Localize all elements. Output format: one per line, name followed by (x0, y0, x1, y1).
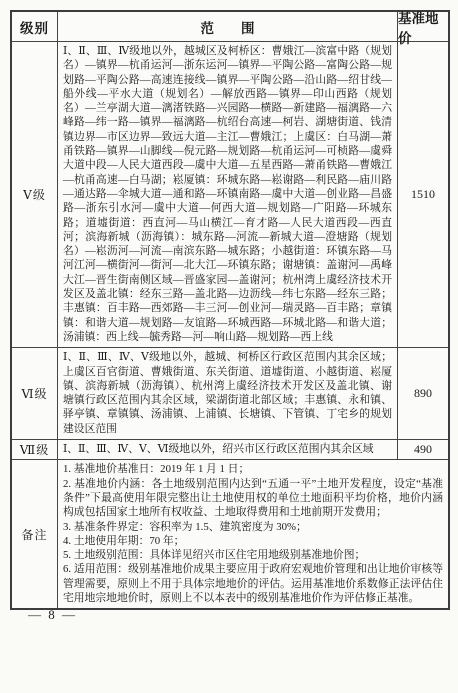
price-value: 890 (398, 348, 448, 439)
price-value: 490 (398, 440, 448, 459)
note-item: 5. 土地级别范围：具体详见绍兴市区住宅用地级别基准地价图； (63, 548, 443, 562)
note-item: 1. 基准地价基准日：2019 年 1 月 1 日； (63, 462, 443, 476)
land-price-table: 级别 范 围 基准地价 Ⅴ级 Ⅰ、Ⅱ、Ⅲ、Ⅳ级地以外，越城区及柯桥区：曹娥江—滨… (10, 10, 450, 610)
price-value: 1510 (398, 42, 448, 347)
table-row: Ⅴ级 Ⅰ、Ⅱ、Ⅲ、Ⅳ级地以外，越城区及柯桥区：曹娥江—滨富中路（规划名）—镇界—… (12, 42, 448, 348)
note-item: 3. 基准条件界定：容积率为 1.5、建筑密度为 30%； (63, 520, 443, 534)
level-label: Ⅴ级 (12, 42, 58, 347)
table-header-row: 级别 范 围 基准地价 (12, 12, 448, 42)
level-label: Ⅵ级 (12, 348, 58, 439)
note-item: 2. 基准地价内涵：各土地级别范围内达到“五通一平”土地开发程度，设定“基准条件… (63, 477, 443, 520)
table-row: Ⅵ级 Ⅰ、Ⅱ、Ⅲ、Ⅳ、Ⅴ级地以外，越城、柯桥区行政区范围内其余区域；上虞区百官街… (12, 348, 448, 440)
level-label: Ⅶ级 (12, 440, 58, 459)
note-item: 6. 适用范围：级别基准地价成果主要应用于政府宏观地价管理和出让地价审核等管理需… (63, 562, 443, 605)
note-item: 4. 土地使用年期：70 年； (63, 534, 443, 548)
notes-label: 备注 (12, 460, 58, 608)
header-scope: 范 围 (58, 12, 398, 41)
scope-text: Ⅰ、Ⅱ、Ⅲ、Ⅳ、Ⅴ级地以外，越城、柯桥区行政区范围内其余区域；上虞区百官街道、曹… (58, 348, 398, 439)
notes-row: 备注 1. 基准地价基准日：2019 年 1 月 1 日； 2. 基准地价内涵：… (12, 460, 448, 608)
document-page: 级别 范 围 基准地价 Ⅴ级 Ⅰ、Ⅱ、Ⅲ、Ⅳ级地以外，越城区及柯桥区：曹娥江—滨… (0, 0, 458, 693)
scope-text: Ⅰ、Ⅱ、Ⅲ、Ⅳ级地以外，越城区及柯桥区：曹娥江—滨富中路（规划名）—镇界—杭甬运… (58, 42, 398, 347)
notes-content: 1. 基准地价基准日：2019 年 1 月 1 日； 2. 基准地价内涵：各土地… (58, 460, 448, 608)
header-level: 级别 (12, 12, 58, 41)
table-row: Ⅶ级 Ⅰ、Ⅱ、Ⅲ、Ⅳ、Ⅴ、Ⅵ级地以外，绍兴市区行政区范围内其余区域 490 (12, 440, 448, 460)
scope-text: Ⅰ、Ⅱ、Ⅲ、Ⅳ、Ⅴ、Ⅵ级地以外，绍兴市区行政区范围内其余区域 (58, 440, 398, 459)
page-number: — 8 — (28, 607, 77, 623)
header-price: 基准地价 (398, 12, 448, 41)
